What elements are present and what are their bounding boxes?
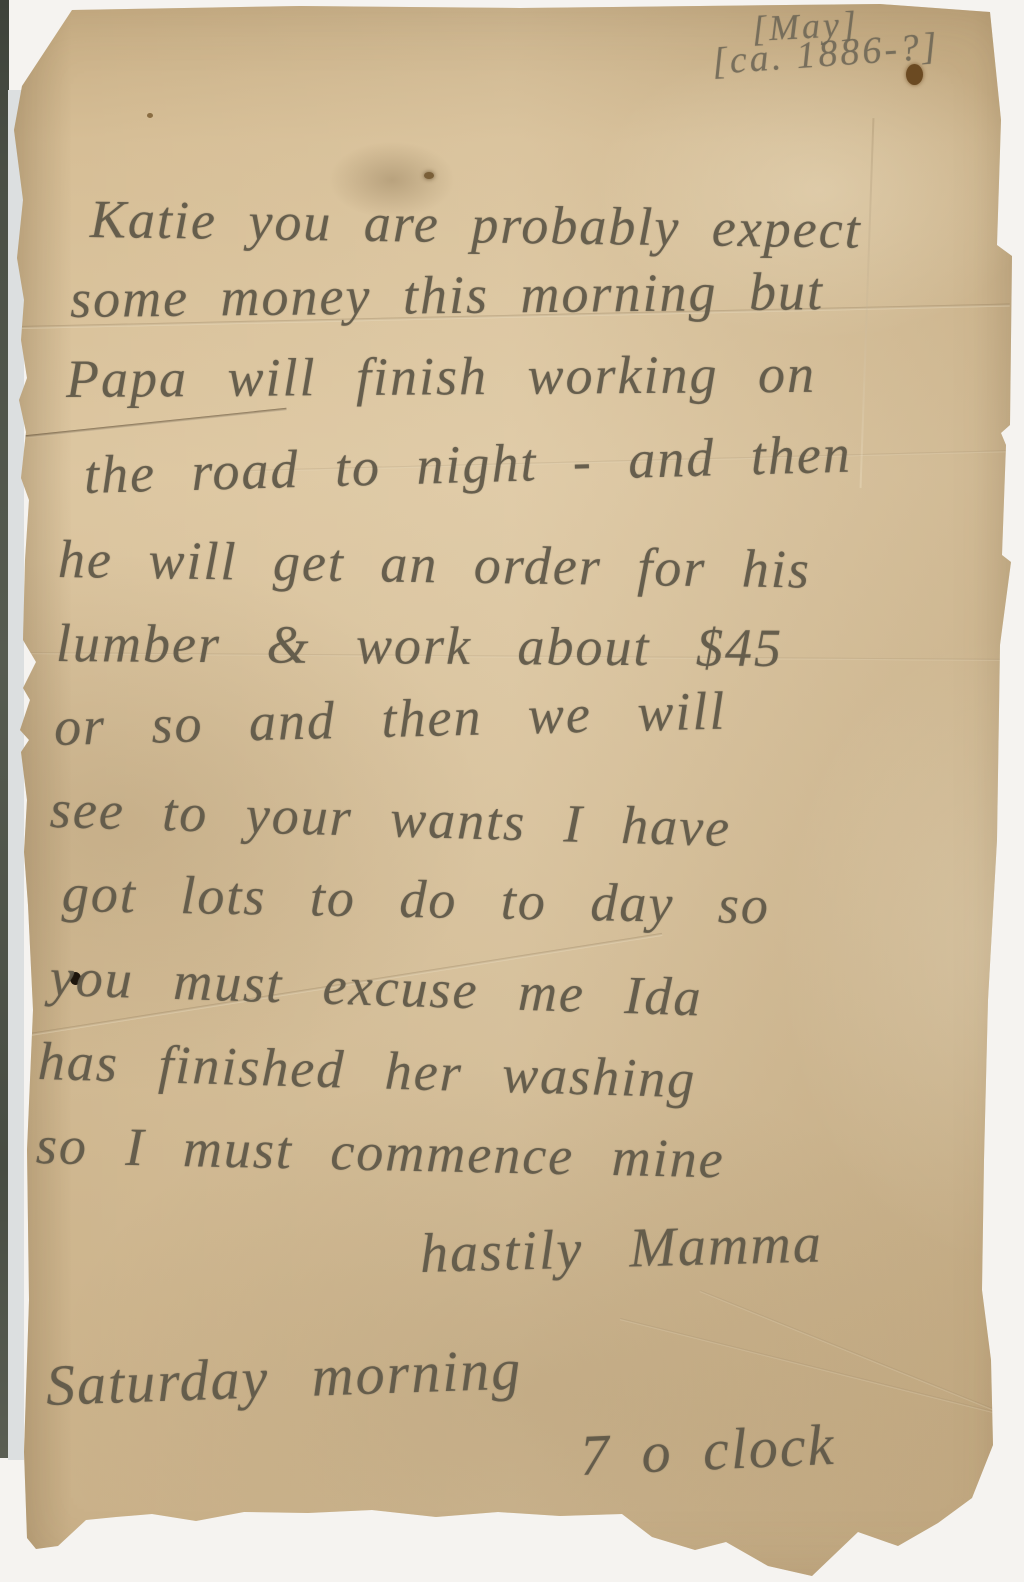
crease-line: [620, 1318, 1024, 1422]
scanner-bed-gap: [8, 90, 24, 1460]
letter-line: the road to night - and then: [83, 423, 852, 506]
crease-line: [18, 408, 287, 439]
annotation-date: [ca. 1886-?]: [710, 24, 941, 84]
letter-line: got lots to do to day so: [61, 862, 770, 936]
speck: [147, 113, 153, 118]
letter-line: you must excuse me Ida: [49, 946, 703, 1028]
crease-line: [700, 1290, 1007, 1415]
letter-dateline: Saturday morning: [45, 1335, 523, 1419]
letter-line: Papa will finish working on: [66, 343, 816, 410]
letter-closing: hastily Mamma: [419, 1211, 823, 1286]
letter-line: Katie you are probably expect: [90, 188, 863, 261]
letter-timeline: 7 o clock: [579, 1411, 837, 1489]
letter-line: so I must commence mine: [35, 1114, 725, 1190]
scanned-letter: [May] [ca. 1886-?] Katie you are probabl…: [0, 0, 1024, 1582]
letter-line: some money this morning but: [70, 260, 825, 330]
letter-line: has finished her washing: [37, 1030, 697, 1110]
letter-paper: [May] [ca. 1886-?] Katie you are probabl…: [0, 0, 1024, 1582]
speck: [424, 172, 434, 179]
letter-line: or so and then we will: [53, 680, 727, 758]
letter-line: see to your wants I have: [49, 778, 732, 859]
letter-line: lumber & work about $45: [56, 612, 783, 679]
crease-line: [860, 118, 875, 488]
letter-line: he will get an order for his: [58, 528, 812, 601]
